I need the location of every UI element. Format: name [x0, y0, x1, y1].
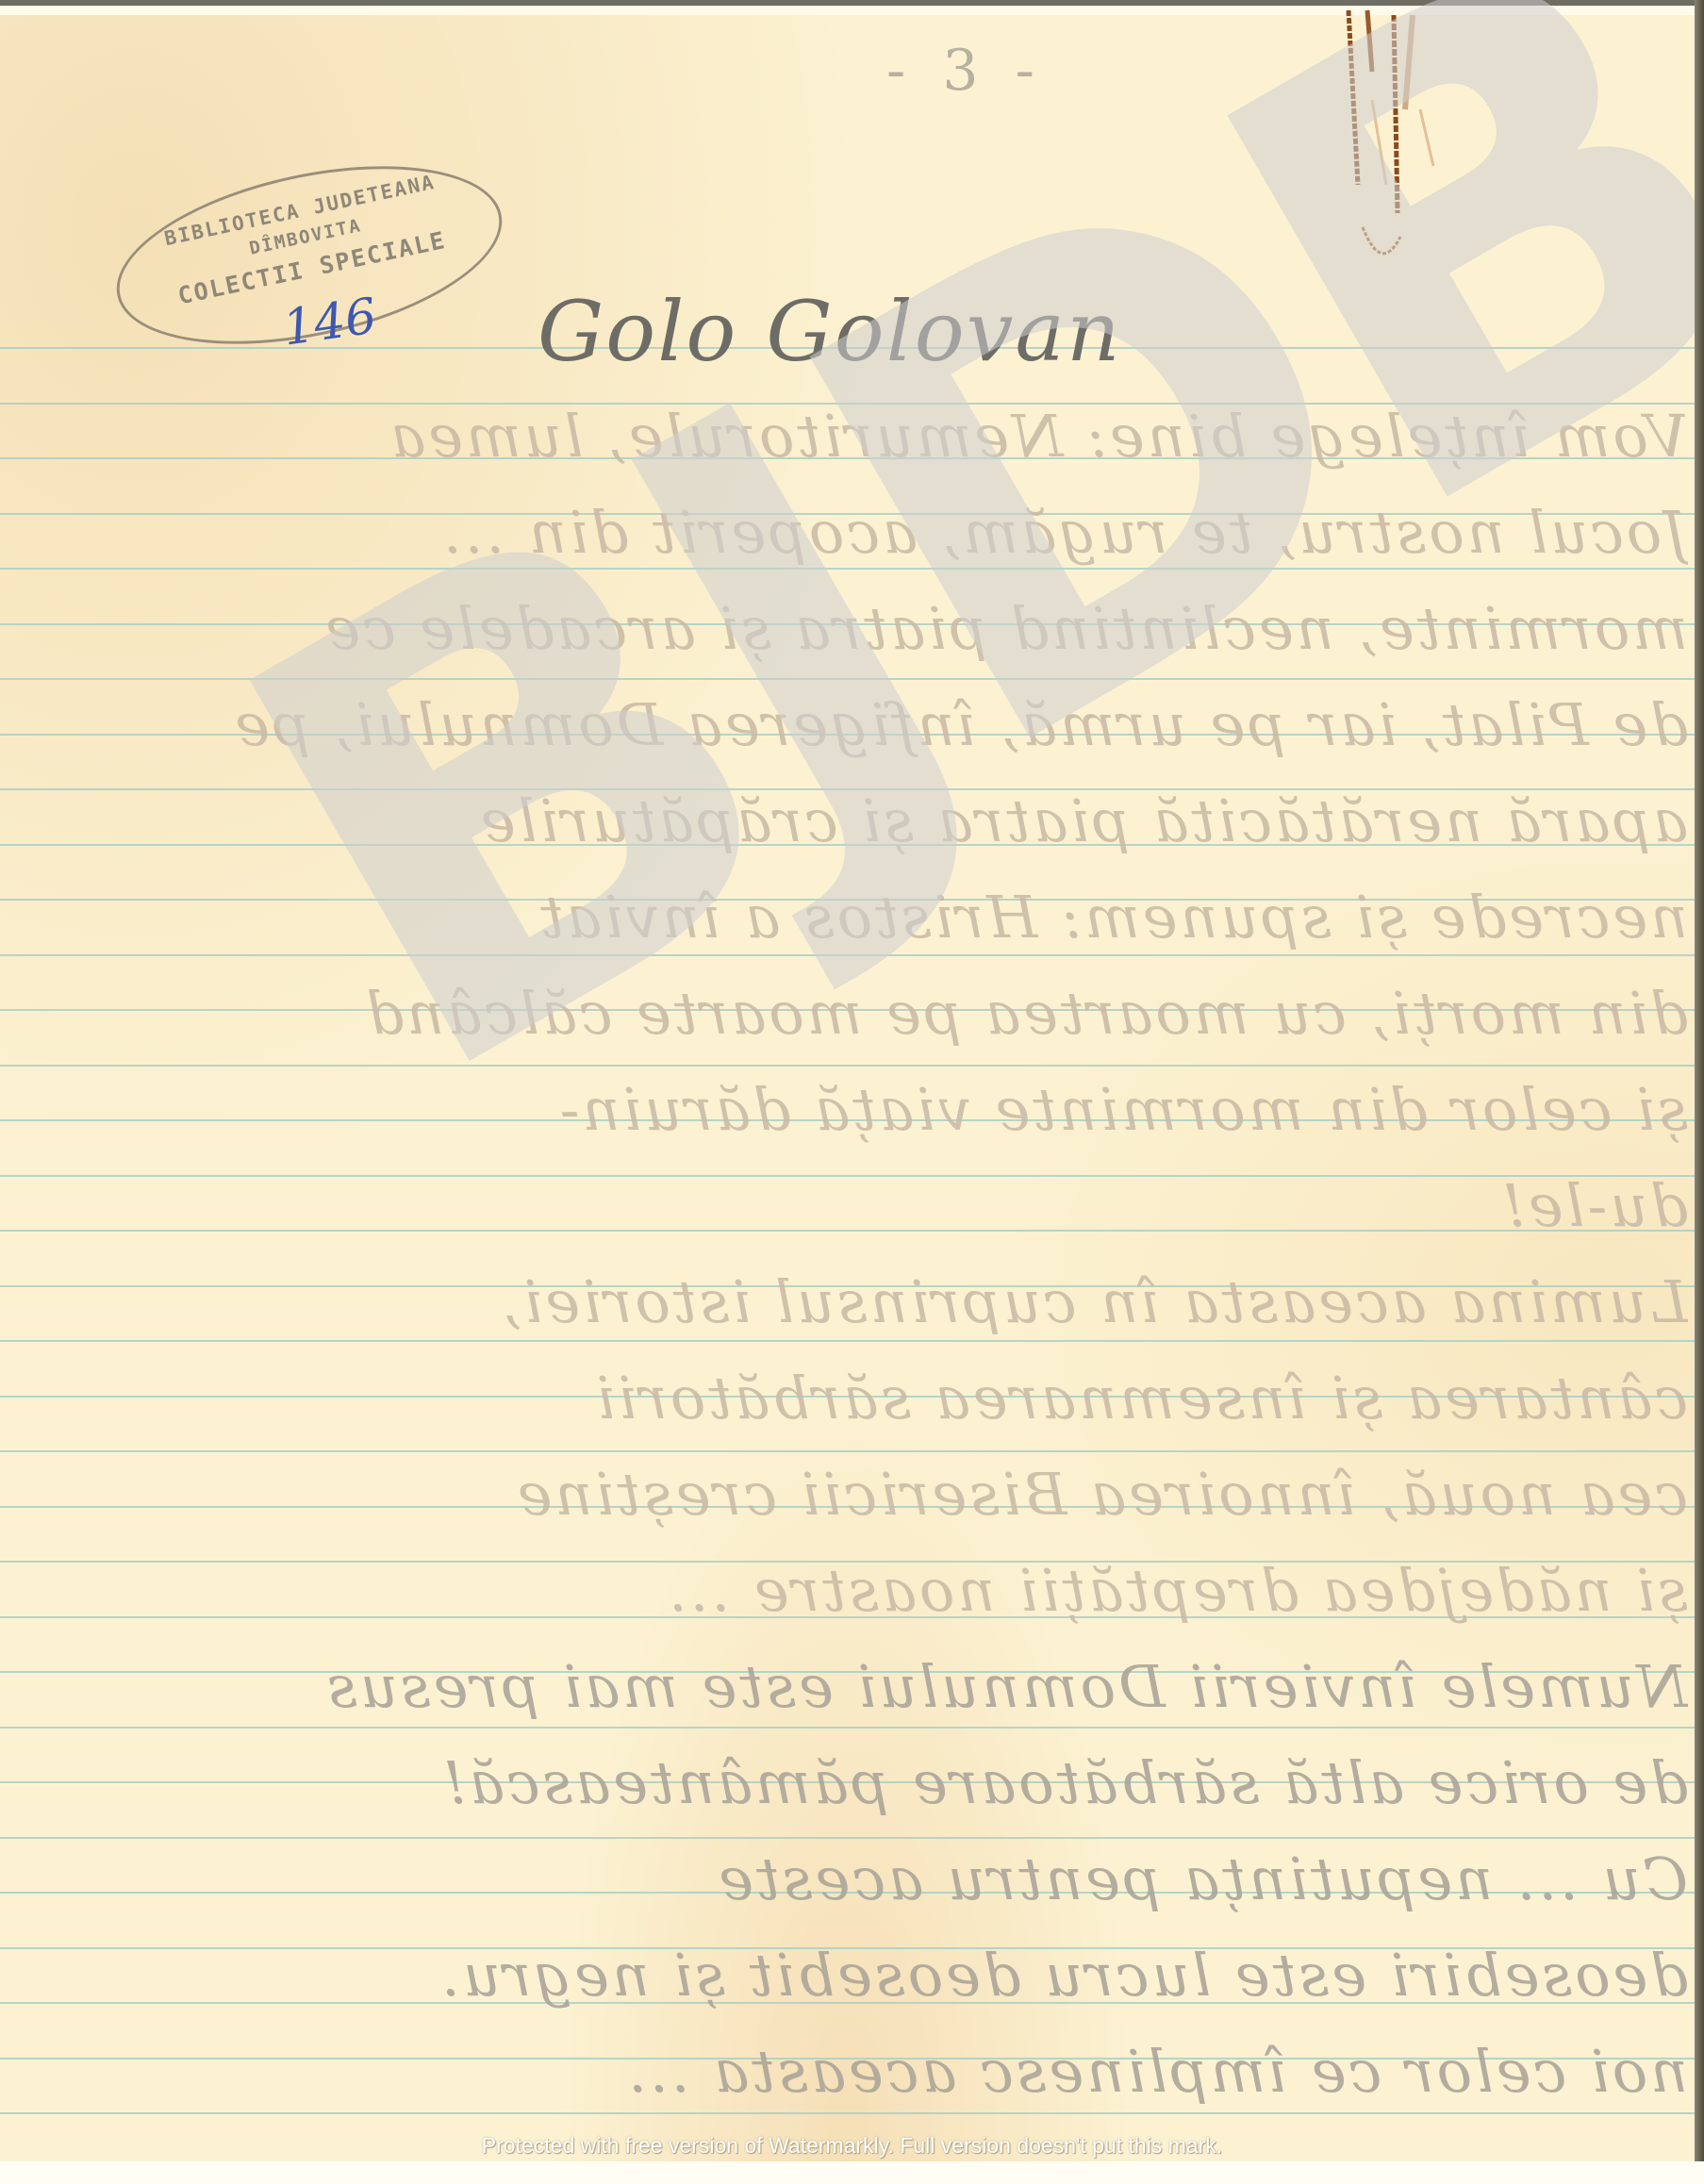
handwritten-line: morminte, neclintind piatra și arcadele …	[9, 594, 1688, 663]
ruled-line	[0, 678, 1695, 680]
page-number: - 3 -	[886, 38, 1044, 104]
handwritten-line: deosebiri este lucru deosebit și negru.	[9, 1941, 1688, 2010]
handwritten-line: și celor din morminte viață dăruin-	[9, 1075, 1688, 1144]
handwritten-line: du-le!	[9, 1171, 1688, 1240]
watermarkly-notice: Protected with free version of Watermark…	[0, 2133, 1704, 2159]
handwritten-line: Lumina aceasta în cuprinsul istoriei,	[9, 1267, 1688, 1336]
handwritten-line: și nădejdea dreptății noastre ...	[9, 1556, 1688, 1625]
handwritten-line: noi celor ce împlinesc aceasta ...	[9, 2037, 1688, 2106]
ruled-line	[0, 1065, 1695, 1067]
ruled-line	[0, 1450, 1695, 1452]
ruled-line	[0, 954, 1695, 956]
handwritten-line: cea nouă, înnoirea Bisericii creștine	[9, 1460, 1688, 1529]
ruled-line	[0, 568, 1695, 570]
handwritten-line: apară nerătăcită piatra și crăpăturile	[9, 786, 1688, 855]
handwritten-line: de Pilat, iar pe urmă, înfigerea Domnulu…	[9, 690, 1688, 759]
document-title: Golo Golovan	[538, 283, 1122, 380]
handwritten-line: Vom înțelege bine: Nemuritorule, lumea	[9, 402, 1688, 471]
handwritten-line: cântarea și însemnarea sărbătorii	[9, 1364, 1688, 1432]
handwritten-line: Cu ... neputința pentru aceste	[9, 1845, 1688, 1913]
handwritten-line: necrede și spunem: Hristos a înviat	[9, 883, 1688, 951]
ruled-line	[0, 1340, 1695, 1342]
scan-right-edge	[1695, 0, 1704, 2184]
handwritten-line: din morți, cu moartea pe moarte călcând	[9, 979, 1688, 1048]
scan-bottom-strip	[0, 2161, 1704, 2184]
ruled-line	[0, 1727, 1695, 1729]
red-crayon-mark-icon	[1330, 6, 1443, 260]
ruled-line	[0, 1837, 1695, 1839]
handwritten-line: Numele învierii Domnului este mai presus	[9, 1652, 1688, 1721]
ruled-line	[0, 2112, 1695, 2114]
handwritten-line: de orice altă sărbătoare pământească!	[9, 1748, 1688, 1817]
scan-top-strip	[0, 6, 1704, 15]
handwritten-line: Jocul nostru, te rugăm, acoperit din ...	[9, 498, 1688, 567]
